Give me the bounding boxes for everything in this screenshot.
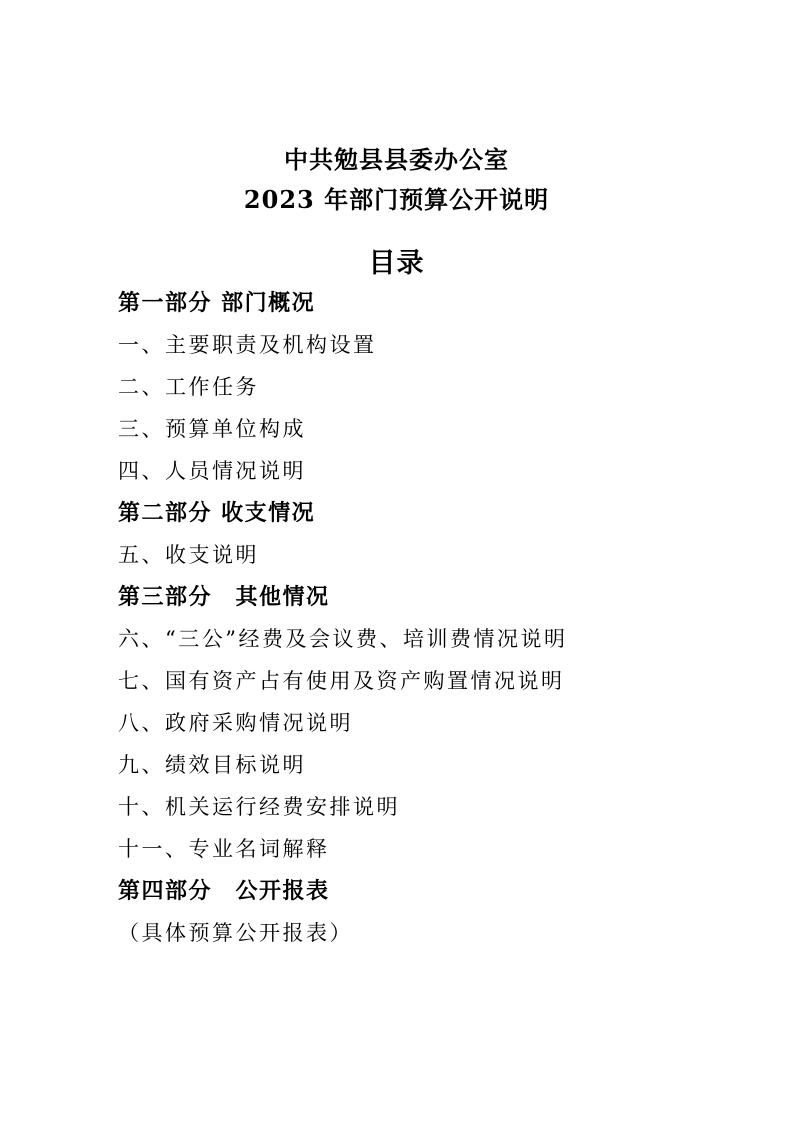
- toc-item: 九、绩效目标说明: [118, 744, 733, 786]
- toc-heading: 目录: [0, 248, 793, 280]
- toc-item: 十一、专业名词解释: [118, 828, 733, 870]
- toc-item: 二、工作任务: [118, 366, 733, 408]
- document-title-line2: 2023 年部门预算公开说明: [0, 180, 793, 220]
- toc-section-heading: 第二部分 收支情况: [118, 492, 733, 534]
- toc-item: 四、人员情况说明: [118, 450, 733, 492]
- toc-item: （具体预算公开报表）: [118, 912, 733, 954]
- toc-item: 六、“三公”经费及会议费、培训费情况说明: [118, 618, 733, 660]
- toc-item: 七、国有资产占有使用及资产购置情况说明: [118, 660, 733, 702]
- toc-item: 八、政府采购情况说明: [118, 702, 733, 744]
- document-page: 中共勉县县委办公室 2023 年部门预算公开说明 目录 第一部分 部门概况一、主…: [0, 0, 793, 1122]
- document-title-block: 中共勉县县委办公室 2023 年部门预算公开说明: [0, 140, 793, 220]
- toc-item: 一、主要职责及机构设置: [118, 324, 733, 366]
- document-title-line1: 中共勉县县委办公室: [0, 140, 793, 180]
- toc-list: 第一部分 部门概况一、主要职责及机构设置二、工作任务三、预算单位构成四、人员情况…: [118, 282, 733, 954]
- toc-section-heading: 第三部分 其他情况: [118, 576, 733, 618]
- toc-item: 五、收支说明: [118, 534, 733, 576]
- toc-item: 十、机关运行经费安排说明: [118, 786, 733, 828]
- toc-item: 三、预算单位构成: [118, 408, 733, 450]
- toc-section-heading: 第四部分 公开报表: [118, 870, 733, 912]
- toc-section-heading: 第一部分 部门概况: [118, 282, 733, 324]
